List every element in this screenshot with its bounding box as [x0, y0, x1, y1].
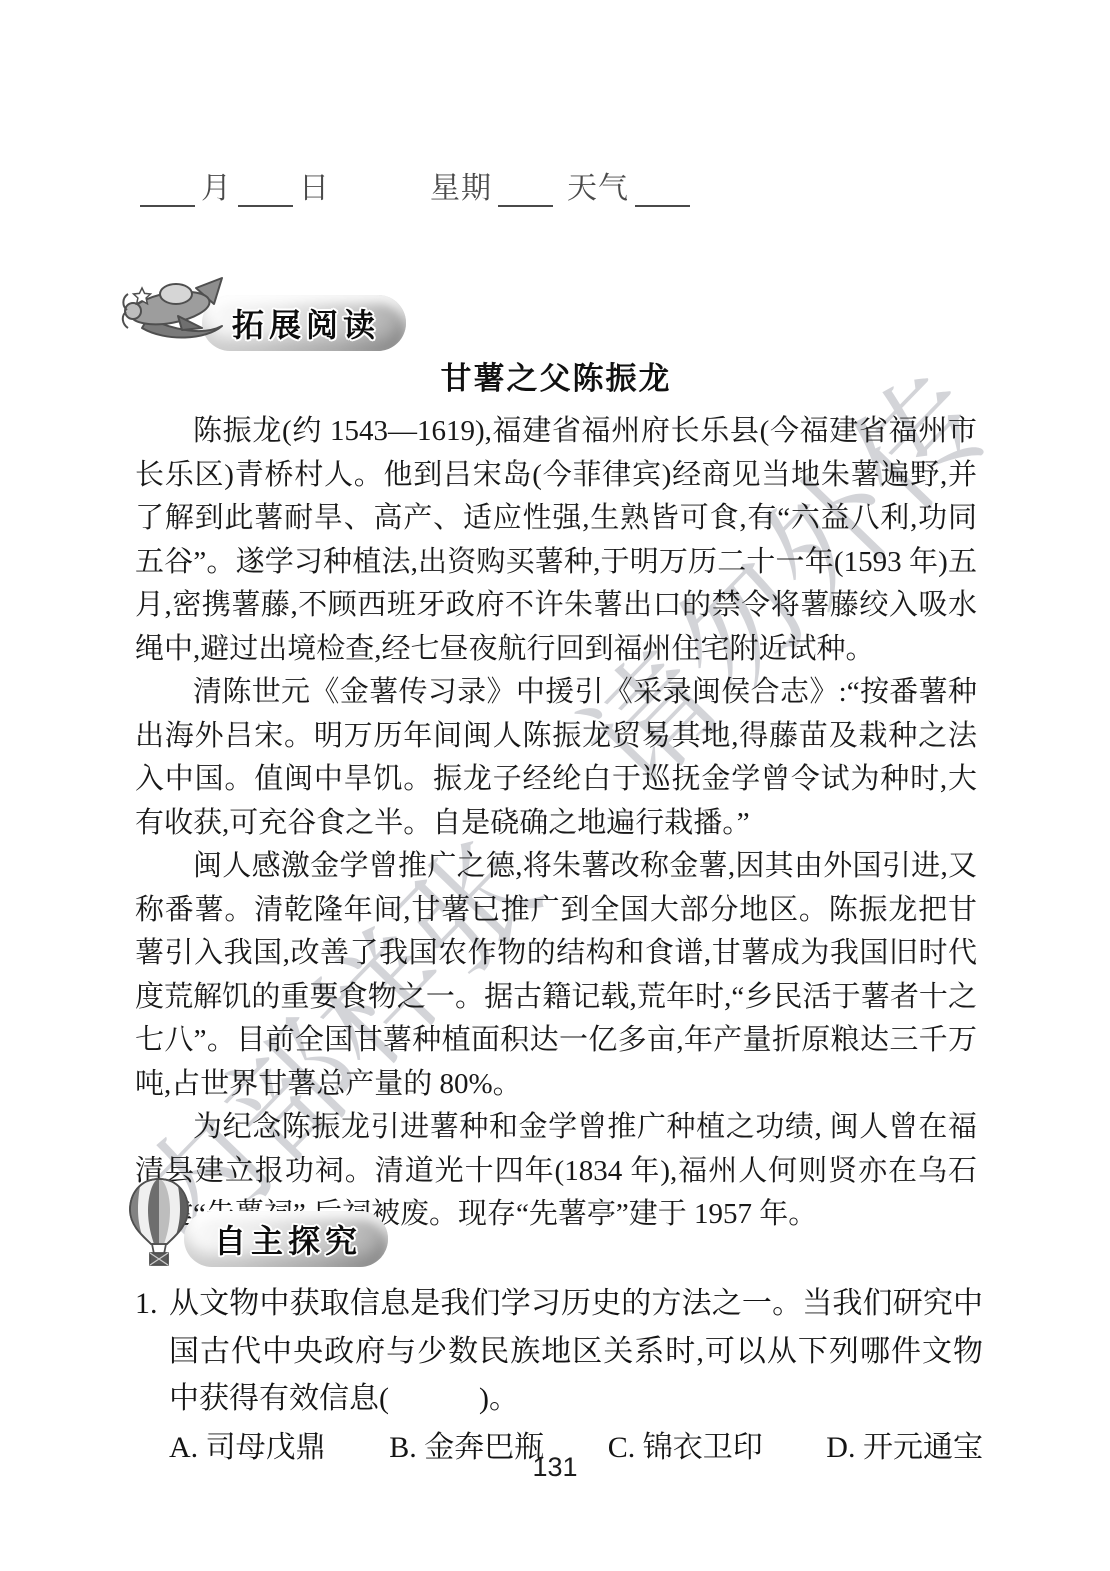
page-content: 月 日 星期 天气 [0, 0, 1110, 1571]
self-exploration-section-header: 自主探究 [126, 1176, 388, 1273]
question-1-text: 从文物中获取信息是我们学习历史的方法之一。当我们研究中国古代中央政府与少数民族地… [169, 1287, 983, 1415]
page-number: 131 [0, 1452, 1110, 1483]
article-title: 甘薯之父陈振龙 [135, 353, 977, 398]
month-label: 月 [201, 163, 232, 207]
date-header: 月 日 星期 天气 [134, 163, 696, 207]
weather-blank-line [635, 173, 690, 207]
explore-badge-pill: 自主探究 [184, 1211, 388, 1267]
explore-badge-label: 自主探究 [214, 1216, 362, 1262]
hot-air-balloon-icon [126, 1176, 192, 1273]
workbook-page: 内部样张 请勿外传 月 日 星期 天气 [0, 0, 1110, 1571]
day-blank-line [238, 173, 293, 207]
extended-reading-section-header: 拓展阅读 [118, 270, 406, 353]
weather-label: 天气 [567, 163, 629, 207]
reading-badge-label: 拓展阅读 [232, 300, 380, 346]
question-1-number: 1. [135, 1280, 158, 1328]
article-paragraph-3: 闽人感激金学曾推广之德,将朱薯改称金薯,因其由外国引进,又称番薯。清乾隆年间,甘… [135, 845, 977, 1106]
question-1: 1. 从文物中获取信息是我们学习历史的方法之一。当我们研究中国古代中央政府与少数… [135, 1280, 983, 1471]
day-label: 日 [299, 163, 330, 207]
article-paragraph-2: 清陈世元《金薯传习录》中援引《采录闽侯合志》:“按番薯种出海外吕宋。明万历年间闽… [135, 671, 977, 845]
week-blank-line [498, 173, 553, 207]
airplane-icon [118, 270, 236, 353]
month-blank-line [140, 173, 195, 207]
article-paragraph-1: 陈振龙(约 1543—1619),福建省福州府长乐县(今福建省福州市长乐区)青桥… [135, 410, 977, 671]
question-1-text-block: 1. 从文物中获取信息是我们学习历史的方法之一。当我们研究中国古代中央政府与少数… [135, 1280, 983, 1423]
article: 甘薯之父陈振龙 陈振龙(约 1543—1619),福建省福州府长乐县(今福建省福… [135, 353, 977, 1237]
week-label: 星期 [430, 163, 492, 207]
